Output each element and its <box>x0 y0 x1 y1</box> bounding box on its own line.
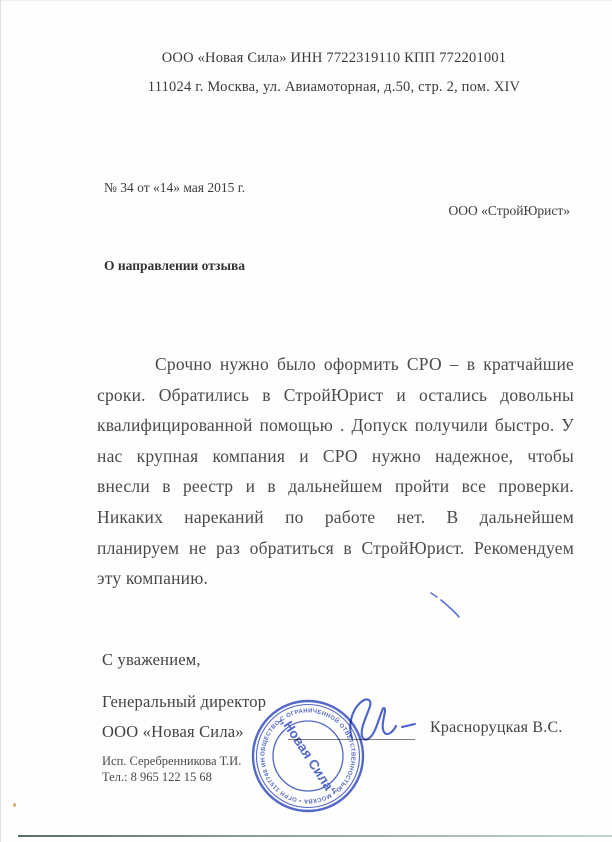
body-line: Срочно нужно было оформить СРО – в кратч… <box>97 349 574 380</box>
body-line: внесли в реестр и в дальнейшем пройти вс… <box>97 471 574 502</box>
closing-regards: С уважением, <box>102 650 201 670</box>
body-line: нас крупная компания и СРО нужно надежно… <box>97 441 574 472</box>
executor-line: Исп. Серебренникова Т.И. <box>102 754 241 769</box>
body-line: квалифицированной помощью . Допуск получ… <box>97 410 574 441</box>
letterhead-line-2: 111024 г. Москва, ул. Авиамоторная, д.50… <box>56 79 612 96</box>
stamp-center-text: „Новая Сила“ <box>277 713 340 799</box>
signer-company: ООО «Новая Сила» <box>102 722 244 742</box>
letterhead-line-1: ООО «Новая Сила» ИНН 7722319110 КПП 7722… <box>56 50 612 67</box>
body-paragraph: Срочно нужно было оформить СРО – в кратч… <box>97 349 574 594</box>
company-stamp: ОБЩЕСТВО С ОГРАНИЧЕННОЙ ОТВЕТСТВЕННОСТЬЮ… <box>250 698 366 814</box>
signer-name: Красноруцкая В.С. <box>430 719 563 737</box>
stray-pen-stroke <box>441 600 459 617</box>
body-line: эту компанию. <box>97 563 574 594</box>
body-line: планируем не раз обратиться в СтройЮрист… <box>97 533 574 564</box>
scan-speck <box>13 803 16 807</box>
signature-dash <box>402 724 415 727</box>
scanned-letter-page: ООО «Новая Сила» ИНН 7722319110 КПП 7722… <box>0 0 612 842</box>
scan-bottom-edge <box>18 835 612 837</box>
reference-number: № 34 от «14» мая 2015 г. <box>104 180 245 196</box>
body-line: сроки. Обратились в СтройЮрист и осталис… <box>97 380 574 411</box>
phone-line: Тел.: 8 965 122 15 68 <box>102 770 212 785</box>
subject-line: О направлении отзыва <box>104 258 245 274</box>
recipient: ООО «СтройЮрист» <box>449 203 570 219</box>
signer-title: Генеральный директор <box>102 692 266 712</box>
body-line: Никаких нареканий по работе нет. В дальн… <box>97 502 574 533</box>
